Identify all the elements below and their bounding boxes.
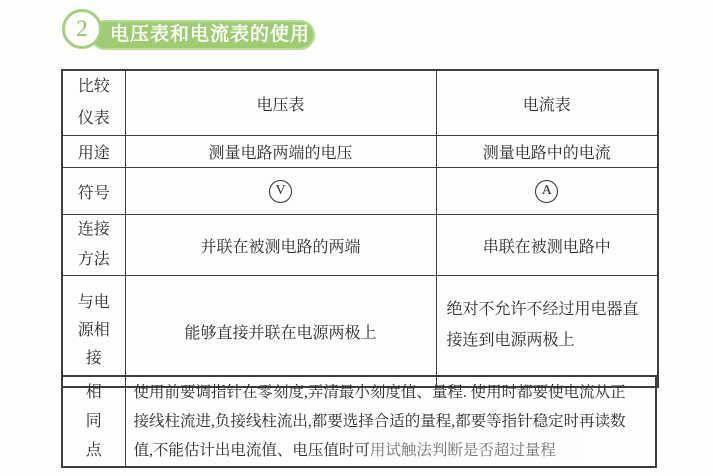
usage-voltmeter-cell: 测量电路两端的电压 [125,136,436,168]
connection-voltmeter-cell: 并联在被测电路的两端 [125,215,436,276]
symbol-row-label: 符号 [62,168,125,215]
same-points-line-1: 使用前要调指针在零刻度,弄清最小刻度值、量程. 使用时都要使电流从正 [134,378,656,407]
table-row-symbol: 符号 V A [62,168,658,215]
voltmeter-symbol-letter: V [275,183,285,198]
same-points-label: 相 同 点 [62,376,125,467]
same-points-text-cell: 使用前要调指针在零刻度,弄清最小刻度值、量程. 使用时都要使电流从正 接线柱流进… [125,376,656,467]
table-row-same-points: 相 同 点 使用前要调指针在零刻度,弄清最小刻度值、量程. 使用时都要使电流从正… [62,376,656,467]
scanned-note-page: 2 电压表和电流表的使用 比较 仪表 电压表 电流表 用途 测量电路两端的电压 … [0,0,713,476]
ammeter-header-cell: 电流表 [436,70,658,136]
section-number-badge: 2 [62,9,102,49]
usage-row-label: 用途 [62,136,125,168]
same-points-line-2: 接线柱流进,负接线柱流出,都要选择合适的量程,都要等指针稳定时再读数 [134,407,656,436]
voltmeter-circled-v-icon: V [269,180,292,203]
section-title-pill: 电压表和电流表的使用 [90,20,315,50]
power-source-ammeter-cell: 绝对不允许不经过用电器直接连到电源两极上 [436,276,658,388]
power-source-voltmeter-cell: 能够直接并联在电源两极上 [125,276,436,388]
same-points-line-3: 值,不能估计出电流值、电压值时可用试触法判断是否超过量程 [134,436,656,465]
voltmeter-symbol-cell: V [125,168,436,215]
power-source-row-label: 与电 源相 接 [62,276,125,388]
comparison-table: 比较 仪表 电压表 电流表 用途 测量电路两端的电压 测量电路中的电流 符号 V… [61,69,659,388]
same-points-table: 相 同 点 使用前要调指针在零刻度,弄清最小刻度值、量程. 使用时都要使电流从正… [61,375,657,468]
section-title: 电压表和电流表的使用 [110,24,310,45]
usage-ammeter-cell: 测量电路中的电流 [436,136,658,168]
voltmeter-header-cell: 电压表 [125,70,436,136]
table-row-power-source: 与电 源相 接 能够直接并联在电源两极上 绝对不允许不经过用电器直接连到电源两极… [62,276,658,388]
table-row-instrument: 比较 仪表 电压表 电流表 [62,70,658,136]
corner-label: 比较 仪表 [62,70,125,136]
ammeter-symbol-cell: A [436,168,658,215]
connection-row-label: 连接 方法 [62,215,125,276]
connection-ammeter-cell: 串联在被测电路中 [436,215,658,276]
table-row-usage: 用途 测量电路两端的电压 测量电路中的电流 [62,136,658,168]
section-number: 2 [76,16,88,41]
table-row-connection: 连接 方法 并联在被测电路的两端 串联在被测电路中 [62,215,658,276]
ammeter-symbol-letter: A [542,183,552,198]
ammeter-circled-a-icon: A [535,180,558,203]
